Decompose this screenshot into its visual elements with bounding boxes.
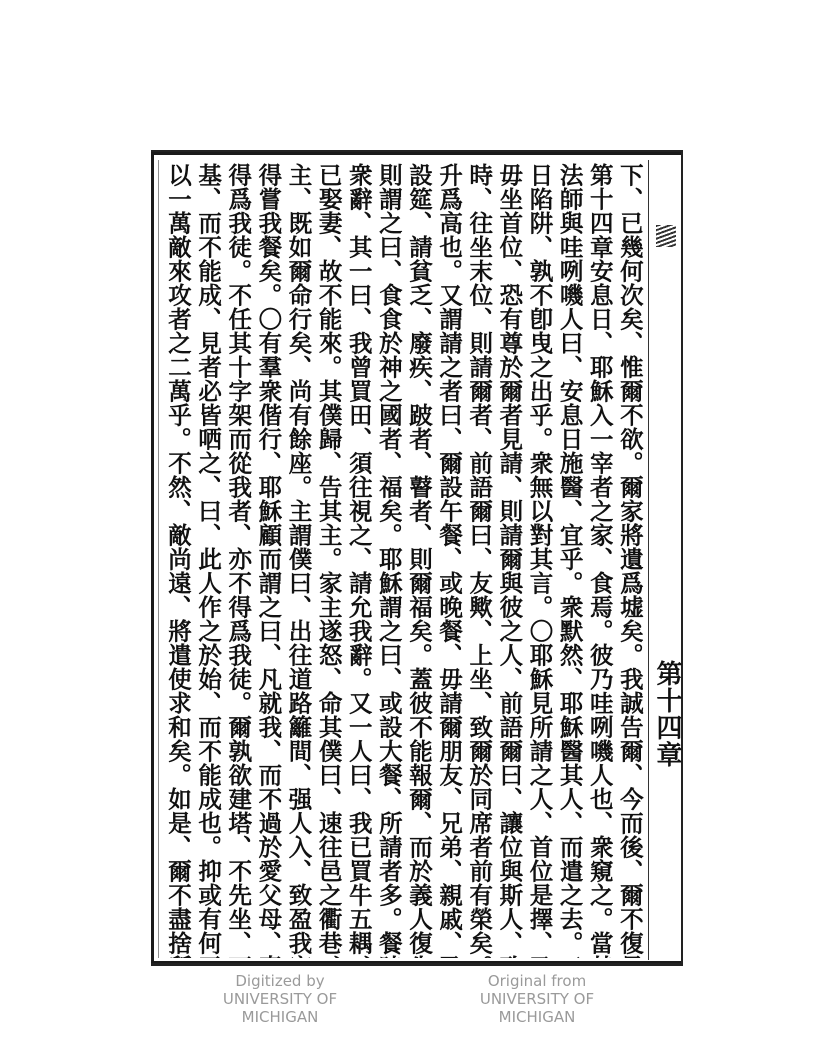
text-body: 下、已幾何次矣、惟爾不欲。爾家將遺爲墟矣。我誠告爾、今而後、爾不復見我、迨爾云、… bbox=[163, 163, 645, 958]
original-from-watermark: Original from UNIVERSITY OF MICHIGAN bbox=[452, 972, 622, 1026]
text-column: 毋坐首位、恐有尊於爾者見請、則請爾與彼之人、前語爾曰、讓位與斯人、致爾必啓羞而趨… bbox=[494, 163, 524, 958]
chapter-heading-margin: 第十四章 bbox=[652, 660, 682, 768]
page-edge-mark-icon bbox=[656, 225, 676, 247]
watermark-line: Digitized by bbox=[195, 972, 365, 990]
digitized-by-watermark: Digitized by UNIVERSITY OF MICHIGAN bbox=[195, 972, 365, 1026]
inner-right-rule bbox=[648, 160, 649, 960]
watermark-line: UNIVERSITY OF MICHIGAN bbox=[195, 990, 365, 1026]
text-column: 以一萬敵來攻者之二萬乎。不然、敵尚遠、將遣使求和矣。如是、爾不盡捨所有者、不得爲… bbox=[163, 163, 193, 958]
inner-left-rule bbox=[158, 160, 159, 958]
text-column: 衆辭、其一曰、我曾買田、須往視之、請允我辭。又一人曰、我已買牛五耦、欲往試之、請… bbox=[344, 163, 374, 958]
text-column: 時、往坐末位、則請爾者、前語爾曰、友歟、上坐、致爾於同席者前有榮矣。蓋凡自高者、… bbox=[464, 163, 494, 958]
text-column: 第十四章安息日、耶穌入一宰者之家、食焉。彼乃哇咧嘰人也、衆窺之。當其前、有一患蠱… bbox=[585, 163, 615, 958]
text-column: 日陷阱、孰不卽曳之出乎。衆無以對其言。〇耶穌見所請之人、首位是擇、乃設譬謂之曰、… bbox=[525, 163, 555, 958]
page-frame-bottom-rule bbox=[151, 963, 681, 966]
text-column: 設筵、請貧乏、廢疾、跛者、瞽者、則爾福矣。蓋彼不能報爾、而於義人復生時、爾將得報… bbox=[404, 163, 434, 958]
watermark-line: UNIVERSITY OF MICHIGAN bbox=[452, 990, 622, 1026]
text-column: 升爲高也。又謂請之者曰、爾設午餐、或晚餐、毋請爾朋友、兄弟、親戚、及富鄰、恐彼亦… bbox=[434, 163, 464, 958]
text-column: 得爲我徒。不任其十字架而從我者、亦不得爲我徒。爾孰欲建塔、不先坐、而計其資、足以… bbox=[223, 163, 253, 958]
text-column: 基、而不能成、見者必皆哂之、曰、此人作之於始、而不能成也。抑或有何王出與他王戰、… bbox=[193, 163, 223, 958]
watermark-line: Original from bbox=[452, 972, 622, 990]
text-column: 法師與哇咧嘰人曰、安息日施醫、宜乎。衆默然、耶穌醫其人、而遣之去。又謂衆曰、爾中… bbox=[555, 163, 585, 958]
text-column: 下、已幾何次矣、惟爾不欲。爾家將遺爲墟矣。我誠告爾、今而後、爾不復見我、迨爾云、… bbox=[615, 163, 645, 958]
text-column: 則謂之曰、食食於神之國者、福矣。耶穌謂之曰、或設大餐、所請者多。餐時、遣僕告所請… bbox=[374, 163, 404, 958]
text-column: 已娶妻、故不能來。其僕歸、告其主。家主遂怒、命其僕曰、速往邑之衢巷、引諸貧乏、廢… bbox=[314, 163, 344, 958]
outer-right-rule bbox=[681, 150, 683, 966]
text-column: 得嘗我餐矣。〇有羣衆偕行、耶穌顧而謂之曰、凡就我、而不過於愛父母、妻子、兄弟、姊… bbox=[253, 163, 283, 958]
text-column: 主、既如爾命行矣、尚有餘座。主謂僕曰、出往道路籬間、强人入、致盈我室。蓋我語爾、… bbox=[284, 163, 314, 958]
